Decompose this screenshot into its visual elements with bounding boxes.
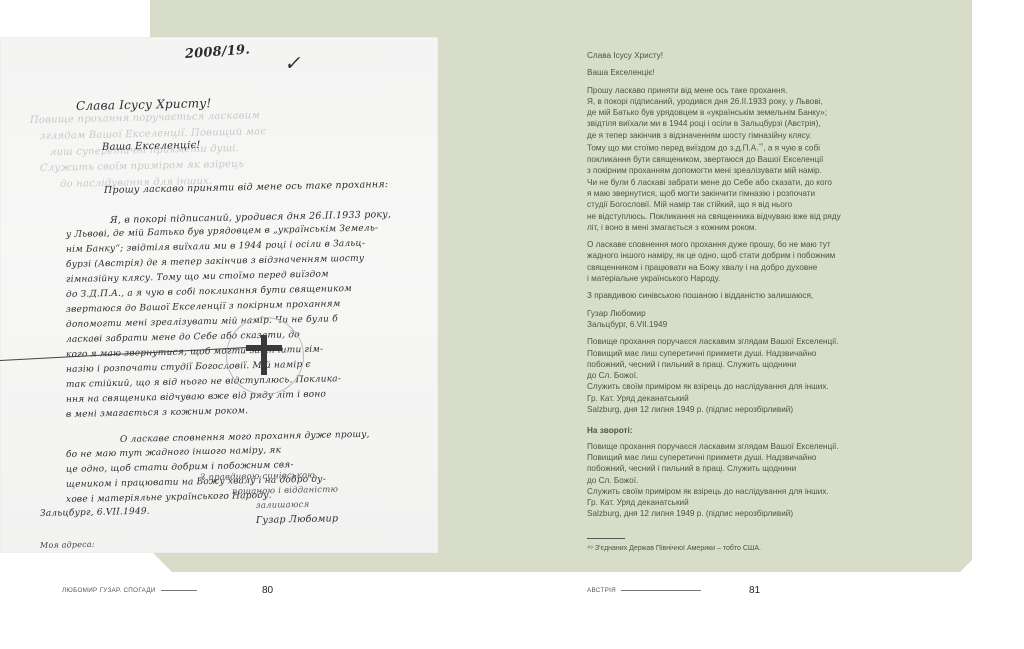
- letter-line: допомогти мені зреалізувати мій намір. Ч…: [66, 314, 338, 330]
- running-head: ЛЮБОМИР ГУЗАР. СПОГАДИ: [62, 587, 156, 594]
- bleed-through-line: Служить своїм приміром як взірець: [40, 159, 244, 174]
- page-number: 81: [749, 585, 760, 596]
- greeting: Слава Ісусу Христу!: [587, 50, 897, 61]
- letter-line: так стійкий, що я від нього не відступлю…: [66, 374, 341, 390]
- letter-line: О ласкаве сповнення мого прохання дуже п…: [120, 430, 370, 445]
- bleed-through-line: зглядам Вашої Екселенції. Повищий має: [40, 126, 266, 142]
- letter-place-date: Зальцбург, 6.VII.1949.: [40, 507, 150, 519]
- footnote-divider: [587, 538, 625, 539]
- letter-line: до З.Д.П.А., а я чую в собі покликання б…: [66, 284, 352, 300]
- reverse-text: Повище прохання поручаєся ласкавим згляд…: [587, 441, 897, 520]
- letter-line: Ваша Екселенціє!: [102, 140, 201, 153]
- letter-line: ння на священика відчуваю вже від ряду л…: [66, 390, 326, 405]
- signature-name: Гузар Любомир: [587, 308, 897, 319]
- signature-place-date: Зальцбург, 6.VII.1949: [587, 319, 897, 330]
- checkmark-icon: ✓: [284, 51, 301, 75]
- letter-line: звертаюся до Вашої Екселенції з покірним…: [66, 299, 341, 315]
- letter-reference-number: 2008/19.: [184, 42, 250, 62]
- footer-rule: [621, 590, 701, 591]
- letter-line: бо не маю тут жадного іншого наміру, як: [66, 445, 281, 460]
- bleed-through-line: Повище прохання поручається ласкавим: [30, 110, 260, 126]
- letter-line: гімназійну клясу. Тому що ми стоїмо пере…: [66, 269, 329, 285]
- letter-line: в мені змагається з кожним роком.: [66, 406, 248, 420]
- paragraph-plea: О ласкаве сповнення мого прохання дуже п…: [587, 239, 897, 284]
- letter-line: нім Банку“; звідтіля виїхали ми в 1944 р…: [66, 239, 365, 255]
- paragraph-request: Прошу ласкаво приняти від мене ось таке …: [587, 85, 897, 234]
- footer-rule: [161, 590, 197, 591]
- reverse-heading: На звороті:: [587, 425, 897, 436]
- endorsement: Повище прохання поручаєся ласкавим згляд…: [587, 336, 897, 415]
- letter-address-label: Моя адреса:: [40, 540, 95, 550]
- page-number: 80: [262, 585, 273, 596]
- left-page-footer: ЛЮБОМИР ГУЗАР. СПОГАДИ 80: [62, 583, 282, 597]
- letter-closing-line: залишаюся: [256, 500, 310, 511]
- right-page-footer: АВСТРІЯ 81: [587, 583, 777, 597]
- letter-signature: Гузар Любомир: [256, 513, 338, 526]
- transcription-column: Слава Ісусу Христу! Ваша Екселенціє! Про…: [587, 50, 897, 554]
- salutation: Ваша Екселенціє!: [587, 67, 897, 78]
- letter-line: бурзі (Австрія) де я тепер закінчив з ві…: [66, 254, 364, 270]
- footnote: ⁴⁹ З'єднаних Держав Північної Америки – …: [587, 543, 897, 554]
- closing: З правдивою синівською пошаною і віддані…: [587, 290, 897, 301]
- letter-closing-line: пошаною і відданістю: [232, 485, 338, 497]
- signature-block: Гузар Любомир Зальцбург, 6.VII.1949: [587, 308, 897, 331]
- cross-icon: [244, 335, 284, 375]
- letter-line: Слава Ісусу Христу!: [76, 96, 212, 113]
- running-head: АВСТРІЯ: [587, 587, 616, 594]
- handwritten-letter-scan: 2008/19. ✓ Повище прохання поручається л…: [0, 37, 438, 553]
